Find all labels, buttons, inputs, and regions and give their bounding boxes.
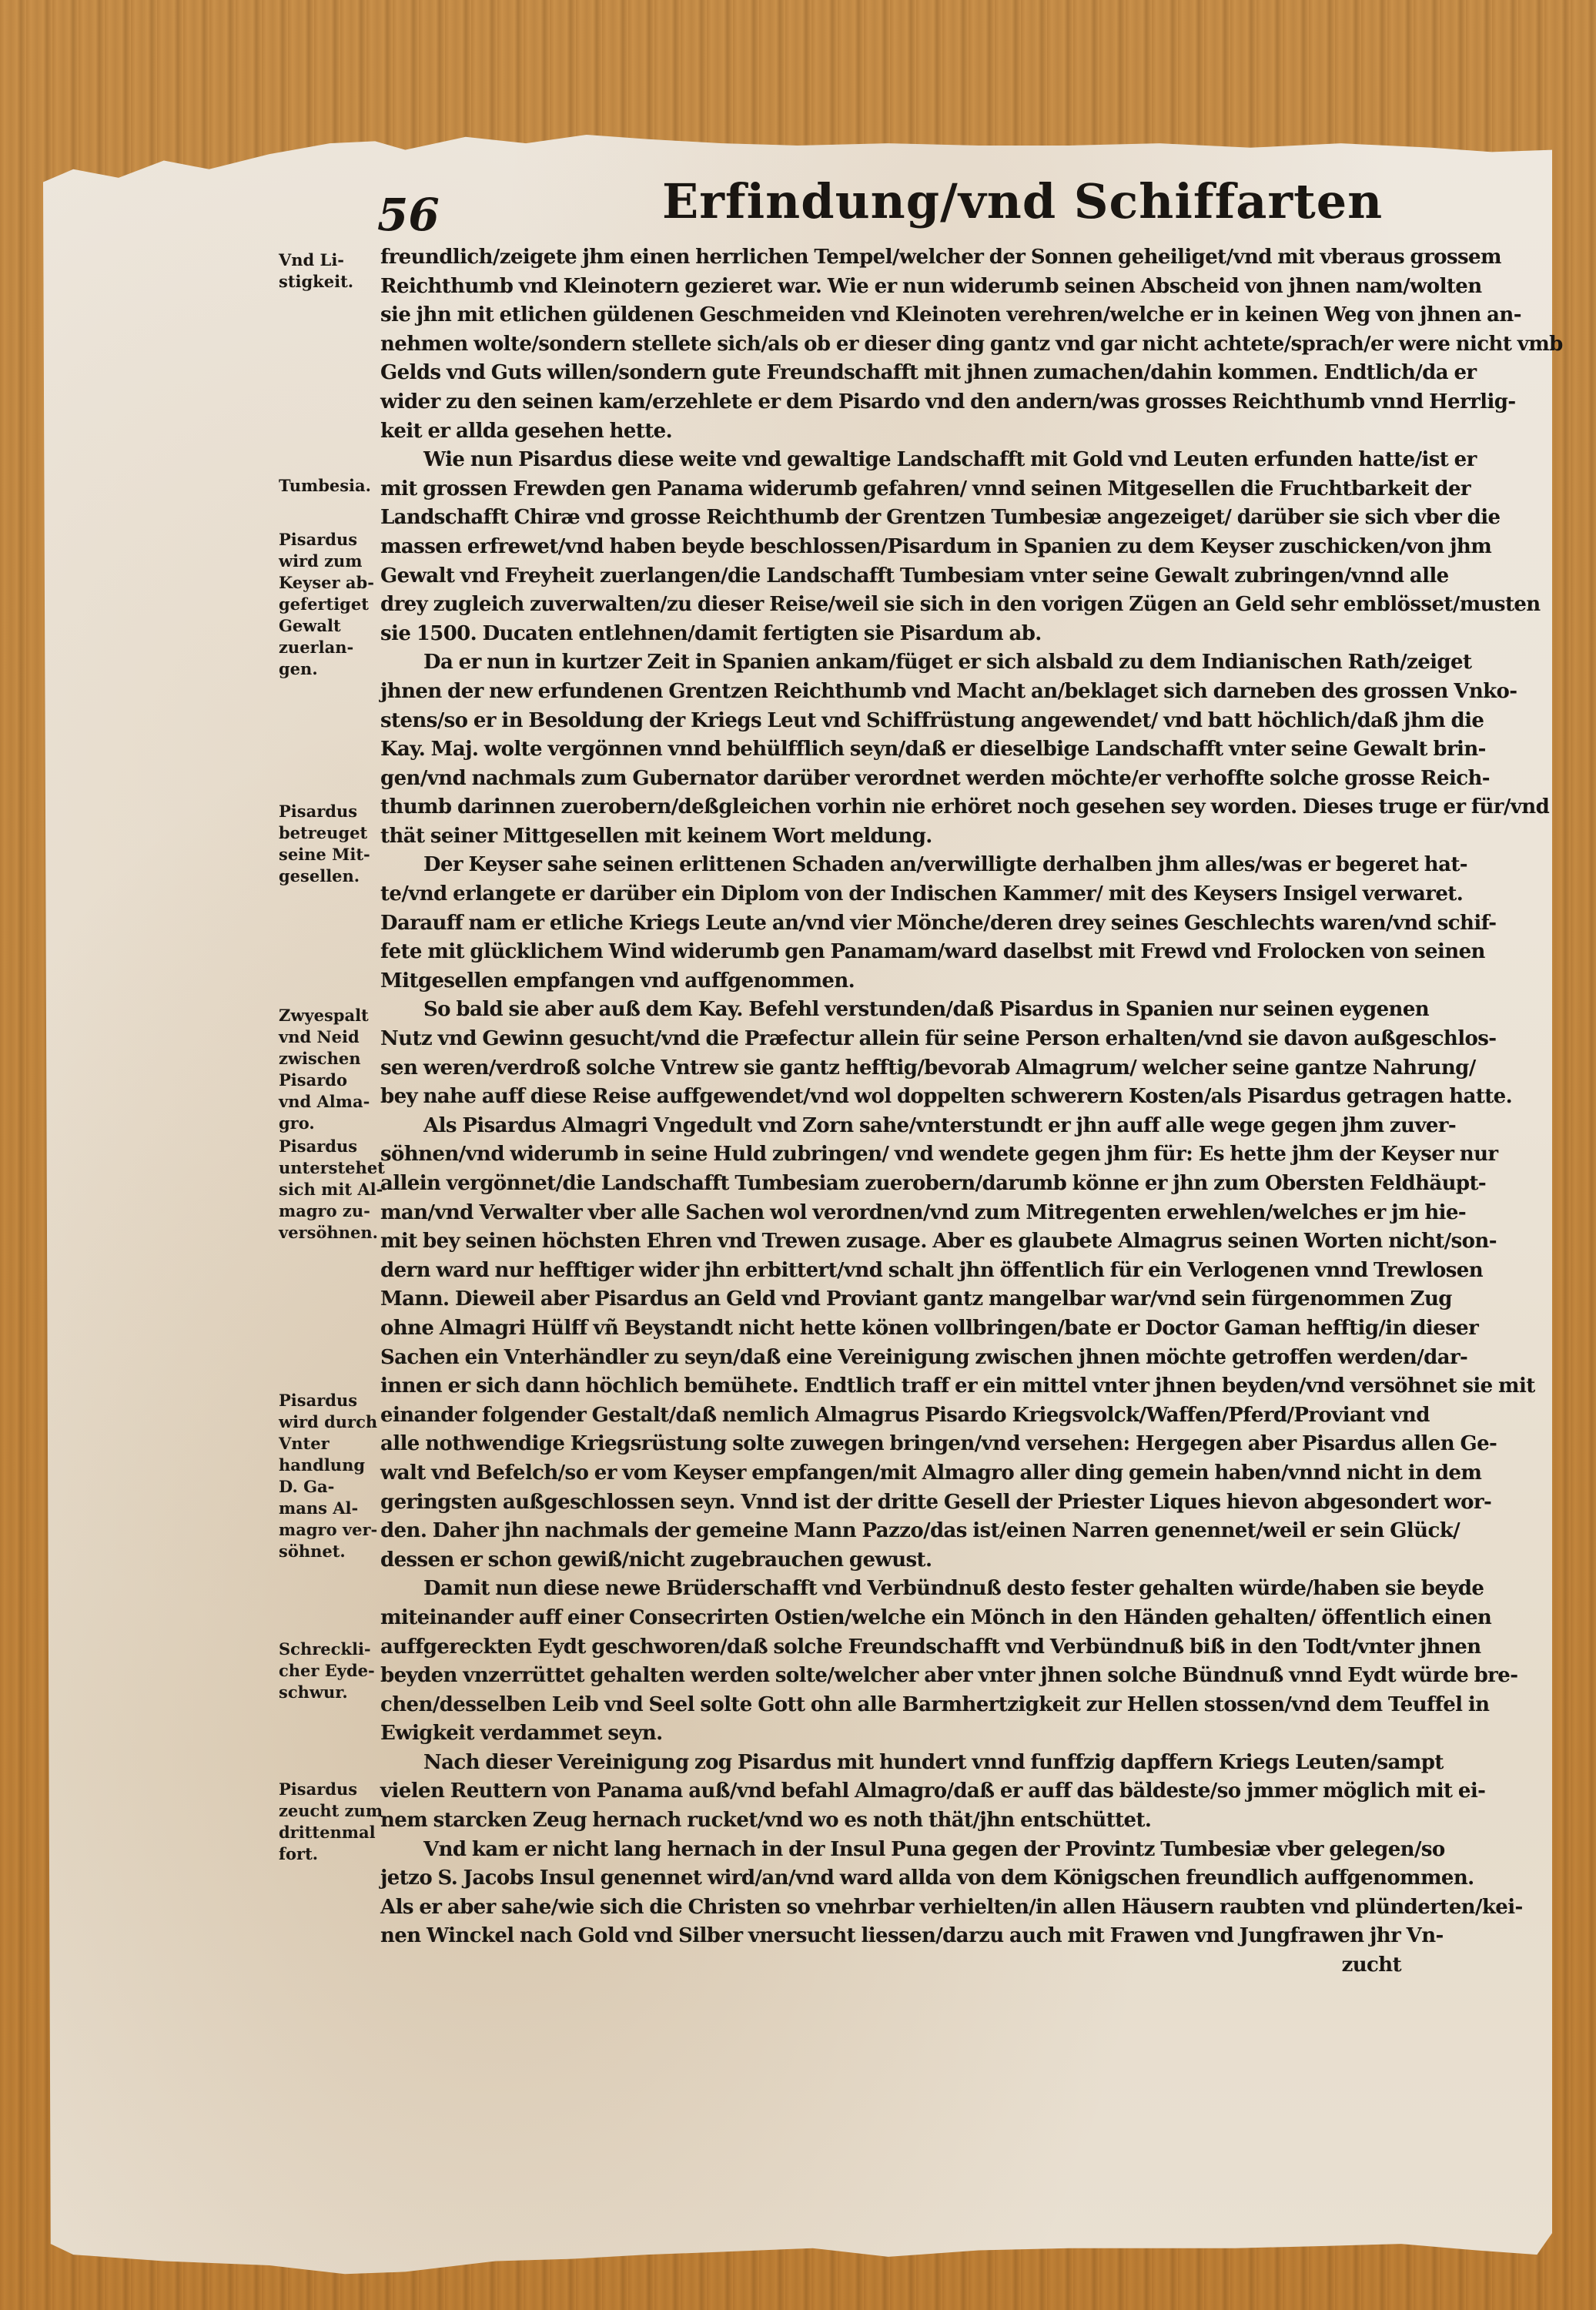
text-line: Darauff nam er etliche Kriegs Leute an/v… [380, 909, 1401, 939]
text-line: sie jhn mit etlichen güldenen Geschmeide… [380, 301, 1401, 330]
text-line: nen Winckel nach Gold vnd Silber vnersuc… [380, 1922, 1401, 1951]
text-line: nehmen wolte/sondern stellete sich/als o… [380, 330, 1401, 360]
text-line: fete mit glücklichem Wind widerumb gen P… [380, 938, 1401, 967]
text-line: sie 1500. Ducaten entlehnen/damit fertig… [380, 620, 1401, 649]
margin-note-line: Gewalt [279, 615, 371, 637]
text-line: wider zu den seinen kam/erzehlete er dem… [380, 388, 1401, 417]
text-line: dern ward nur hefftiger wider jhn erbitt… [380, 1257, 1401, 1286]
margin-note-line: magro ver- [279, 1519, 371, 1541]
margin-note-line: vnd Alma- [279, 1091, 371, 1113]
page-number: 56 [377, 189, 440, 241]
margin-note-line: cher Eyde- [279, 1660, 371, 1682]
text-line: Als er aber sahe/wie sich die Christen s… [380, 1893, 1401, 1923]
margin-note-line: Tumbesia. [279, 475, 371, 497]
margin-note: Pisardus wird durch Vnter handlung D. Ga… [279, 1390, 371, 1562]
text-line: Mann. Dieweil aber Pisardus an Geld vnd … [380, 1285, 1401, 1314]
paragraph-start: Da er nun in kurtzer Zeit in Spanien ank… [380, 648, 1401, 678]
margin-note-line: zwischen [279, 1048, 371, 1070]
paragraph-start: Als Pisardus Almagri Vngedult vnd Zorn s… [380, 1112, 1401, 1141]
text-line: mit grossen Frewden gen Panama widerumb … [380, 475, 1401, 504]
margin-note-line: Zwyespalt [279, 1005, 371, 1026]
text-line: man/vnd Verwalter vber alle Sachen wol v… [380, 1199, 1401, 1228]
margin-note-line: söhnet. [279, 1541, 371, 1562]
text-line: beyden vnzerrüttet gehalten werden solte… [380, 1662, 1401, 1691]
text-line: allein vergönnet/die Landschafft Tumbesi… [380, 1170, 1401, 1199]
paragraph-start: So bald sie aber auß dem Kay. Befehl ver… [380, 996, 1401, 1025]
margin-note-line: schwur. [279, 1682, 371, 1703]
text-line: söhnen/vnd widerumb in seine Huld zubrin… [380, 1140, 1401, 1170]
margin-note: Pisardus zeucht zum drittenmal fort. [279, 1779, 371, 1865]
margin-note-line: drittenmal [279, 1822, 371, 1843]
margin-note-line: Pisardus [279, 1779, 371, 1800]
margin-note-line: Vnter [279, 1433, 371, 1455]
text-line: den. Daher jhn nachmals der gemeine Mann… [380, 1517, 1401, 1546]
margin-note: Pisardus unterstehet sich mit Al- magro … [279, 1136, 371, 1244]
text-line: thät seiner Mittgesellen mit keinem Wort… [380, 822, 1401, 852]
margin-note-line: stigkeit. [279, 271, 371, 293]
text-line: Ewigkeit verdammet seyn. [380, 1719, 1401, 1749]
margin-note-line: vnd Neid [279, 1026, 371, 1048]
text-line: Gewalt vnd Freyheit zuerlangen/die Lands… [380, 562, 1401, 591]
margin-note-line: Keyser ab- [279, 572, 371, 594]
text-line: innen er sich dann höchlich bemühete. En… [380, 1372, 1401, 1401]
text-line: freundlich/zeigete jhm einen herrlichen … [380, 243, 1401, 273]
text-line: Kay. Maj. wolte vergönnen vnnd behülffli… [380, 735, 1401, 765]
text-line: thumb darinnen zuerobern/deßgleichen vor… [380, 793, 1401, 822]
margin-note-line: zuerlan- [279, 637, 371, 658]
text-line: Gelds vnd Guts willen/sondern gute Freun… [380, 359, 1401, 388]
text-line: massen erfrewet/vnd haben beyde beschlos… [380, 533, 1401, 562]
margin-note-line: versöhnen. [279, 1222, 371, 1244]
text-line: ohne Almagri Hülff vñ Beystandt nicht he… [380, 1314, 1401, 1344]
text-line: chen/desselben Leib vnd Seel solte Gott … [380, 1691, 1401, 1720]
margin-note-line: handlung [279, 1455, 371, 1476]
margin-note-line: gro. [279, 1113, 371, 1134]
margin-note-line: D. Ga- [279, 1476, 371, 1498]
margin-note-line: seine Mit- [279, 844, 371, 865]
margin-note: Vnd Li- stigkeit. [279, 249, 371, 293]
paragraph-start: Nach dieser Vereinigung zog Pisardus mit… [380, 1749, 1401, 1778]
margin-note-line: Vnd Li- [279, 249, 371, 271]
text-line: gen/vnd nachmals zum Gubernator darüber … [380, 765, 1401, 794]
catchword: zucht [380, 1951, 1401, 1980]
margin-note: Zwyespalt vnd Neid zwischen Pisardo vnd … [279, 1005, 371, 1134]
text-line: Nutz vnd Gewinn gesucht/vnd die Præfectu… [380, 1025, 1401, 1054]
margin-note: Tumbesia. [279, 475, 371, 497]
text-line: geringsten außgeschlossen seyn. Vnnd ist… [380, 1488, 1401, 1518]
text-line: walt vnd Befelch/so er vom Keyser empfan… [380, 1459, 1401, 1488]
text-line: einander folgender Gestalt/daß nemlich A… [380, 1401, 1401, 1431]
margin-note-line: mans Al- [279, 1498, 371, 1519]
margin-note-line: gesellen. [279, 865, 371, 887]
margin-note-line: wird durch [279, 1411, 371, 1433]
margin-note: Pisardus betreuget seine Mit- gesellen. [279, 801, 371, 887]
body-text: freundlich/zeigete jhm einen herrlichen … [380, 243, 1401, 1980]
margin-note-line: Pisardo [279, 1070, 371, 1091]
margin-note-line: Schreckli- [279, 1639, 371, 1660]
margin-note: Schreckli- cher Eyde- schwur. [279, 1639, 371, 1703]
text-line: stens/so er in Besoldung der Kriegs Leut… [380, 707, 1401, 736]
text-line: miteinander auff einer Consecrirten Osti… [380, 1604, 1401, 1633]
margin-note-line: Pisardus [279, 1136, 371, 1157]
text-line: dessen er schon gewiß/nicht zugebrauchen… [380, 1546, 1401, 1575]
margin-note-line: zeucht zum [279, 1800, 371, 1822]
margin-note-line: sich mit Al- [279, 1179, 371, 1200]
margin-note-line: fort. [279, 1843, 371, 1865]
margin-note-line: gen. [279, 658, 371, 680]
margin-note-line: magro zu- [279, 1200, 371, 1222]
text-line: Mitgesellen empfangen vnd auffgenommen. [380, 967, 1401, 996]
margin-note-line: Pisardus [279, 529, 371, 551]
text-line: bey nahe auff diese Reise auffgewendet/v… [380, 1083, 1401, 1112]
margin-note: Pisardus wird zum Keyser ab- gefertiget … [279, 529, 371, 680]
margin-note-line: Pisardus [279, 1390, 371, 1411]
text-line: Reichthumb vnd Kleinotern gezieret war. … [380, 273, 1401, 302]
text-line: jetzo S. Jacobs Insul genennet wird/an/v… [380, 1864, 1401, 1893]
text-line: nem starcken Zeug hernach rucket/vnd wo … [380, 1806, 1401, 1836]
margin-note-line: Pisardus [279, 801, 371, 822]
text-line: alle nothwendige Kriegsrüstung solte zuw… [380, 1430, 1401, 1459]
text-line: mit bey seinen höchsten Ehren vnd Trewen… [380, 1227, 1401, 1257]
paragraph-start: Der Keyser sahe seinen erlittenen Schade… [380, 851, 1401, 880]
margin-note-line: gefertiget [279, 594, 371, 615]
text-line: sen weren/verdroß solche Vntrew sie gant… [380, 1054, 1401, 1083]
margin-note-line: unterstehet [279, 1157, 371, 1179]
margin-note-line: betreuget [279, 822, 371, 844]
text-line: jhnen der new erfundenen Grentzen Reicht… [380, 678, 1401, 707]
text-line: Sachen ein Vnterhändler zu seyn/daß eine… [380, 1344, 1401, 1373]
running-head: Erfindung/vnd Schiffarten [662, 173, 1383, 229]
paragraph-start: Damit nun diese newe Brüderschafft vnd V… [380, 1575, 1401, 1604]
text-line: keit er allda gesehen hette. [380, 417, 1401, 447]
text-line: te/vnd erlangete er darüber ein Diplom v… [380, 880, 1401, 909]
text-line: drey zugleich zuverwalten/zu dieser Reis… [380, 591, 1401, 620]
text-line: auffgereckten Eydt geschworen/daß solche… [380, 1633, 1401, 1662]
paragraph-start: Wie nun Pisardus diese weite vnd gewalti… [380, 446, 1401, 475]
text-line: vielen Reuttern von Panama auß/vnd befah… [380, 1777, 1401, 1806]
margin-note-line: wird zum [279, 551, 371, 572]
paragraph-start: Vnd kam er nicht lang hernach in der Ins… [380, 1836, 1401, 1865]
text-line: Landschafft Chiræ vnd grosse Reichthumb … [380, 504, 1401, 533]
